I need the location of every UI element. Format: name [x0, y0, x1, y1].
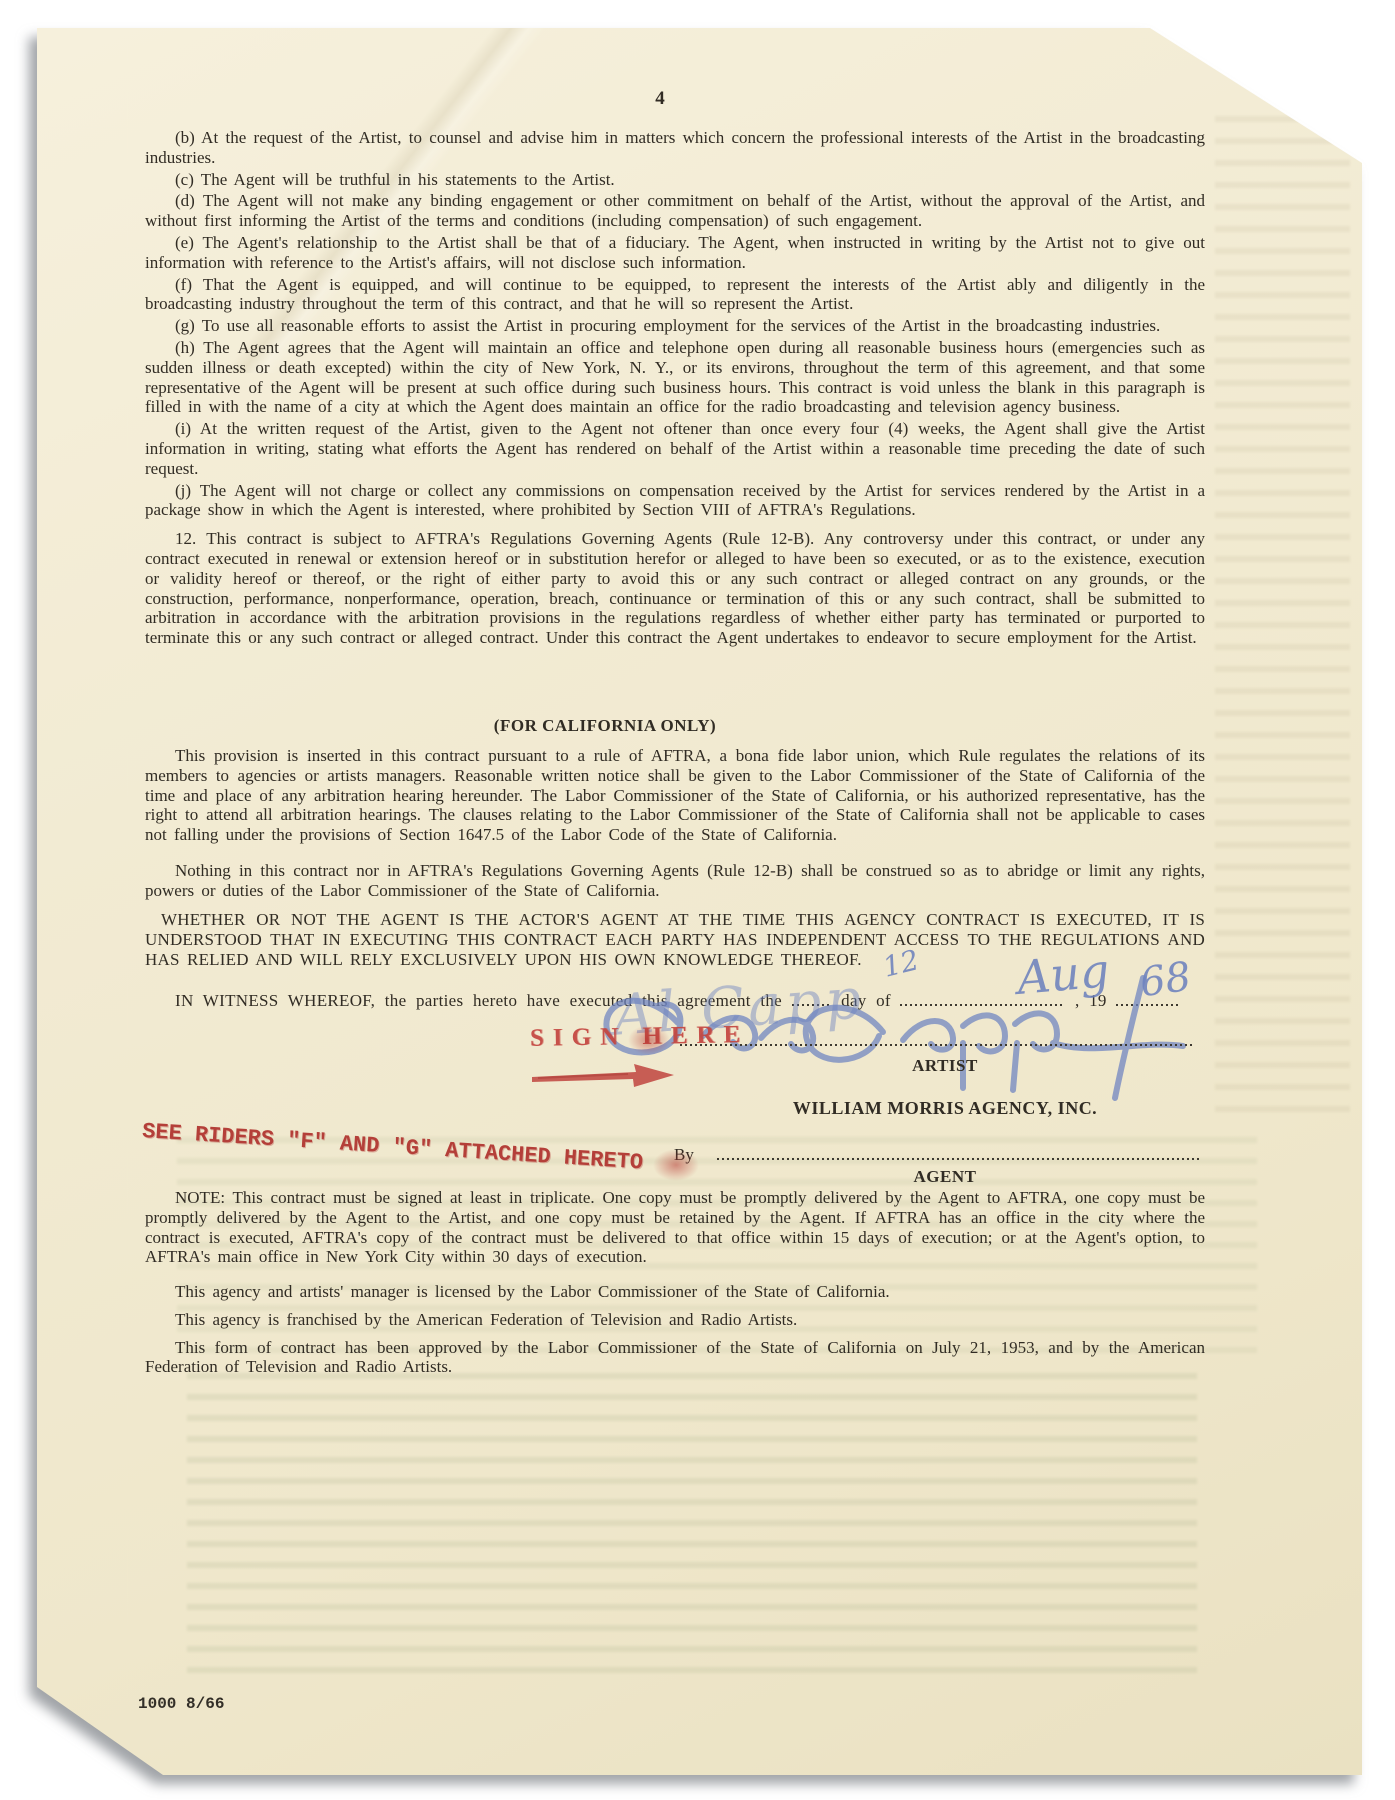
california-paragraph: This provision is inserted in this contr…: [145, 746, 1205, 845]
clause-d: (d) The Agent will not make any binding …: [145, 191, 1205, 231]
execution-block: IN WITNESS WHEREOF, the parties hereto h…: [145, 963, 1235, 1213]
clause-e: (e) The Agent's relationship to the Arti…: [145, 233, 1205, 273]
bleed-through-texture: [1215, 108, 1350, 1128]
franchise-paragraph: This agency is franchised by the America…: [145, 1310, 1205, 1330]
california-heading: (FOR CALIFORNIA ONLY): [145, 716, 1065, 736]
artist-signature-line: [680, 1044, 1195, 1046]
clause-j: (j) The Agent will not charge or collect…: [145, 481, 1205, 521]
california-paragraph: Nothing in this contract nor in AFTRA's …: [145, 861, 1205, 901]
agent-label: AGENT: [685, 1167, 1205, 1187]
artist-label: ARTIST: [685, 1056, 1205, 1076]
note-section: NOTE: This contract must be signed at le…: [145, 1188, 1205, 1269]
clause-c: (c) The Agent will be truthful in his st…: [145, 170, 1205, 190]
approval-paragraph: This form of contract has been approved …: [145, 1338, 1205, 1378]
note-paragraph: NOTE: This contract must be signed at le…: [145, 1188, 1205, 1267]
scanned-contract-page: 4 (b) At the request of the Artist, to c…: [37, 28, 1362, 1775]
clause-f: (f) That the Agent is equipped, and will…: [145, 275, 1205, 315]
california-section: This provision is inserted in this contr…: [145, 746, 1205, 917]
sign-here-arrow-icon: [528, 1060, 678, 1090]
clause-h: (h) The Agent agrees that the Agent will…: [145, 338, 1205, 417]
stamp-ink-smudge: [653, 1149, 699, 1181]
clause-b: (b) At the request of the Artist, to cou…: [145, 128, 1205, 168]
bleed-through-texture: [187, 1368, 1197, 1688]
clause-12: 12. This contract is subject to AFTRA's …: [145, 529, 1205, 648]
paper-sheet: 4 (b) At the request of the Artist, to c…: [37, 28, 1362, 1775]
agent-signature-line: [717, 1158, 1199, 1160]
licensing-paragraph: This agency and artists' manager is lice…: [145, 1282, 1205, 1302]
clause-i: (i) At the written request of the Artist…: [145, 419, 1205, 478]
riders-attached-stamp: SEE RIDERS "F" AND "G" ATTACHED HERETO: [141, 1119, 643, 1175]
clauses-section: (b) At the request of the Artist, to cou…: [145, 128, 1205, 650]
clause-g: (g) To use all reasonable efforts to ass…: [145, 316, 1205, 336]
closing-section: This agency and artists' manager is lice…: [145, 1282, 1205, 1385]
form-code: 1000 8/66: [138, 1695, 224, 1713]
stamp-ink-smudge: [628, 1025, 670, 1055]
page-number: 4: [600, 88, 720, 110]
agency-name: WILLIAM MORRIS AGENCY, INC.: [685, 1098, 1205, 1119]
